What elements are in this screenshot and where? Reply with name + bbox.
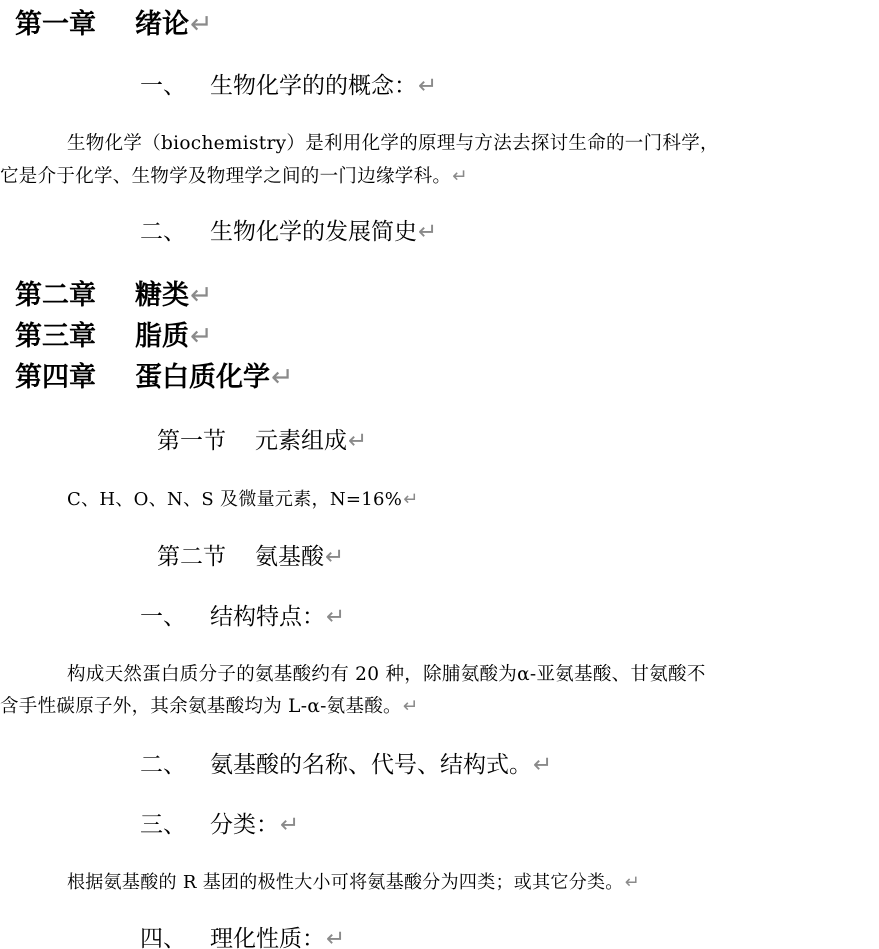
body-text: 生物化学（biochemistry）是利用化学的原理与方法去探讨生命的一门科学， xyxy=(67,133,719,154)
chapter-number: 第二章 xyxy=(15,282,135,309)
section-number: 三、 xyxy=(140,814,210,837)
body-paragraph-structure-line-1[interactable]: 构成天然蛋白质分子的氨基酸约有 20 种，除脯氨酸为α-亚氨基酸、甘氨酸不 xyxy=(67,666,706,685)
subsection-title: 元素组成 xyxy=(255,428,347,454)
section-heading-classification[interactable]: 三、分类：↵ xyxy=(140,814,299,837)
body-text: C、H、O、N、S 及微量元素，N=16% xyxy=(67,489,402,510)
chapter-number: 第四章 xyxy=(15,364,135,391)
paragraph-mark-icon: ↵ xyxy=(403,696,419,717)
chapter-title: 蛋白质化学 xyxy=(135,362,270,393)
section-heading-history[interactable]: 二、生物化学的发展简史↵ xyxy=(140,221,437,244)
chapter-title: 绪论 xyxy=(135,9,189,40)
paragraph-mark-icon: ↵ xyxy=(326,926,345,949)
paragraph-mark-icon: ↵ xyxy=(625,872,640,893)
paragraph-mark-icon: ↵ xyxy=(403,489,418,510)
body-text: 根据氨基酸的 R 基团的极性大小可将氨基酸分为四类；或其它分类。 xyxy=(67,872,624,893)
subsection-heading-amino-acids[interactable]: 第二节氨基酸↵ xyxy=(157,546,344,569)
paragraph-mark-icon: ↵ xyxy=(280,812,299,838)
section-number: 二、 xyxy=(140,221,210,244)
paragraph-mark-icon: ↵ xyxy=(271,362,294,393)
paragraph-mark-icon: ↵ xyxy=(418,219,437,245)
section-heading-names[interactable]: 二、氨基酸的名称、代号、结构式。↵ xyxy=(140,754,552,777)
paragraph-mark-icon: ↵ xyxy=(190,321,213,352)
chapter-heading-3[interactable]: 第三章脂质↵ xyxy=(15,323,213,350)
paragraph-mark-icon: ↵ xyxy=(190,280,213,311)
paragraph-mark-icon: ↵ xyxy=(325,544,344,570)
chapter-number: 第三章 xyxy=(15,323,135,350)
body-paragraph-definition-line-2[interactable]: 它是介于化学、生物学及物理学之间的一门边缘学科。↵ xyxy=(0,168,468,187)
paragraph-mark-icon: ↵ xyxy=(452,166,468,187)
paragraph-mark-icon: ↵ xyxy=(533,752,552,778)
section-title: 生物化学的的概念： xyxy=(210,73,417,99)
body-text: 含手性碳原子外，其余氨基酸均为 L-α-氨基酸。 xyxy=(0,696,402,717)
section-title: 生物化学的发展简史 xyxy=(210,219,417,245)
subsection-title: 氨基酸 xyxy=(255,544,324,570)
body-text: 它是介于化学、生物学及物理学之间的一门边缘学科。 xyxy=(0,166,451,187)
body-paragraph-definition-line-1[interactable]: 生物化学（biochemistry）是利用化学的原理与方法去探讨生命的一门科学， xyxy=(67,135,719,154)
subsection-heading-elements[interactable]: 第一节元素组成↵ xyxy=(157,430,367,453)
subsection-number: 第一节 xyxy=(157,430,255,453)
paragraph-mark-icon: ↵ xyxy=(190,9,213,40)
section-title: 结构特点： xyxy=(210,604,325,630)
chapter-title: 糖类 xyxy=(135,280,189,311)
paragraph-mark-icon: ↵ xyxy=(326,604,345,630)
subsection-number: 第二节 xyxy=(157,546,255,569)
section-title: 分类： xyxy=(210,812,279,838)
paragraph-mark-icon: ↵ xyxy=(418,73,437,99)
chapter-heading-4[interactable]: 第四章蛋白质化学↵ xyxy=(15,364,294,391)
section-number: 二、 xyxy=(140,754,210,777)
body-paragraph-classification[interactable]: 根据氨基酸的 R 基团的极性大小可将氨基酸分为四类；或其它分类。↵ xyxy=(67,874,640,892)
body-paragraph-structure-line-2[interactable]: 含手性碳原子外，其余氨基酸均为 L-α-氨基酸。↵ xyxy=(0,698,419,717)
section-title: 氨基酸的名称、代号、结构式。 xyxy=(210,752,532,778)
body-paragraph-elements[interactable]: C、H、O、N、S 及微量元素，N=16%↵ xyxy=(67,491,419,509)
chapter-title: 脂质 xyxy=(135,321,189,352)
chapter-number: 第一章 xyxy=(15,11,135,38)
section-heading-properties[interactable]: 四、理化性质：↵ xyxy=(140,928,345,949)
section-heading-concept[interactable]: 一、生物化学的的概念：↵ xyxy=(140,75,437,98)
paragraph-mark-icon: ↵ xyxy=(348,428,367,454)
section-heading-structure[interactable]: 一、结构特点：↵ xyxy=(140,606,345,629)
chapter-heading-1[interactable]: 第一章绪论↵ xyxy=(15,11,213,38)
chapter-heading-2[interactable]: 第二章糖类↵ xyxy=(15,282,213,309)
section-number: 一、 xyxy=(140,75,210,98)
section-number: 四、 xyxy=(140,928,210,949)
body-text: 构成天然蛋白质分子的氨基酸约有 20 种，除脯氨酸为α-亚氨基酸、甘氨酸不 xyxy=(67,664,706,685)
section-title: 理化性质： xyxy=(210,926,325,949)
section-number: 一、 xyxy=(140,606,210,629)
